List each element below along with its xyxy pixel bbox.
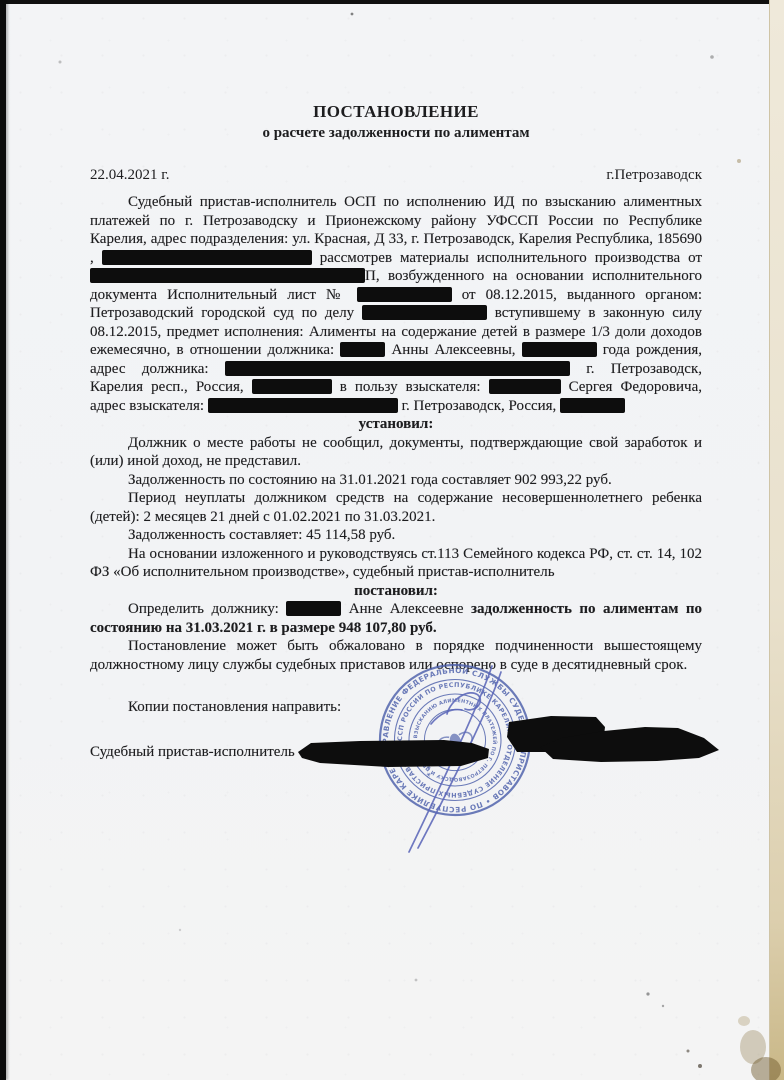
text-run: в пользу взыскателя: [332, 379, 489, 395]
redaction-bar [225, 361, 570, 376]
paragraph: Копии постановления направить: [90, 698, 702, 717]
marker-redaction-left [298, 740, 489, 767]
text-run: рассмотрев материалы исполнительного про… [312, 250, 702, 266]
paragraph: Период неуплаты должником средств на сод… [90, 489, 702, 526]
paragraph: Судебный пристав-исполнитель ОСП по испо… [90, 193, 702, 415]
marker-redaction-right-stroke [540, 727, 719, 762]
eagle-emblem-icon [436, 726, 476, 760]
date-row: 22.04.2021 г. г.Петрозаводск [90, 166, 702, 184]
redaction-bar [560, 398, 625, 413]
redaction-bar [357, 287, 452, 302]
document-subtitle: о расчете задолженности по алиментам [90, 124, 702, 142]
redaction-bar [252, 379, 332, 394]
text-run: Задолженность по состоянию на 31.01.2021… [128, 472, 612, 488]
redaction-bar [489, 379, 561, 394]
text-run: Должник о месте работы не сообщил, докум… [90, 435, 702, 470]
paragraph: На основании изложенного и руководствуяс… [90, 545, 702, 582]
document-title: ПОСТАНОВЛЕНИЕ [90, 102, 702, 122]
redaction-bar [90, 268, 365, 283]
marker-redactions [298, 716, 719, 767]
paragraph: Задолженность составляет: 45 114,58 руб. [90, 526, 702, 545]
section-heading: постановил: [90, 582, 702, 601]
scanned-document-page: ПОСТАНОВЛЕНИЕ о расчете задолженности по… [0, 0, 784, 1080]
text-run: Анны Алексеевны, [385, 342, 521, 358]
redaction-bar [102, 250, 312, 265]
paragraph: Должник о месте работы не сообщил, докум… [90, 434, 702, 471]
stamp-stars: * * * [426, 758, 435, 777]
document-city: г.Петрозаводск [606, 166, 702, 184]
text-run: г. Петрозаводск, Россия, [398, 398, 560, 414]
text-run: Постановление может быть обжаловано в по… [90, 638, 702, 673]
text-run: Анне Алексеевне [341, 601, 471, 617]
scan-edge-right [769, 0, 784, 1080]
redaction-bar [522, 342, 597, 357]
paragraph: Задолженность по состоянию на 31.01.2021… [90, 471, 702, 490]
text-run: Определить должнику: [128, 601, 286, 617]
document-date: 22.04.2021 г. [90, 166, 169, 184]
redaction-bar [208, 398, 398, 413]
paragraph: Определить должнику: Анне Алексеевне зад… [90, 600, 702, 637]
text-run: Период неуплаты должником средств на сод… [90, 490, 702, 525]
signature-label: Судебный пристав-исполнитель [90, 744, 295, 761]
redaction-bar [340, 342, 385, 357]
marker-redaction-right-blob [507, 716, 605, 752]
redaction-bar [362, 305, 487, 320]
redaction-bar [286, 601, 341, 616]
text-run: Задолженность составляет: 45 114,58 руб. [128, 527, 395, 543]
section-heading: установил: [90, 415, 702, 434]
paragraph: Постановление может быть обжаловано в по… [90, 637, 702, 674]
scan-edge-left [0, 0, 6, 1080]
text-run: Копии постановления направить: [128, 699, 341, 715]
text-run: На основании изложенного и руководствуяс… [90, 546, 702, 581]
document-content: ПОСТАНОВЛЕНИЕ о расчете задолженности по… [90, 4, 702, 717]
document-body: Судебный пристав-исполнитель ОСП по испо… [90, 193, 702, 717]
document-header: ПОСТАНОВЛЕНИЕ о расчете задолженности по… [90, 4, 702, 142]
